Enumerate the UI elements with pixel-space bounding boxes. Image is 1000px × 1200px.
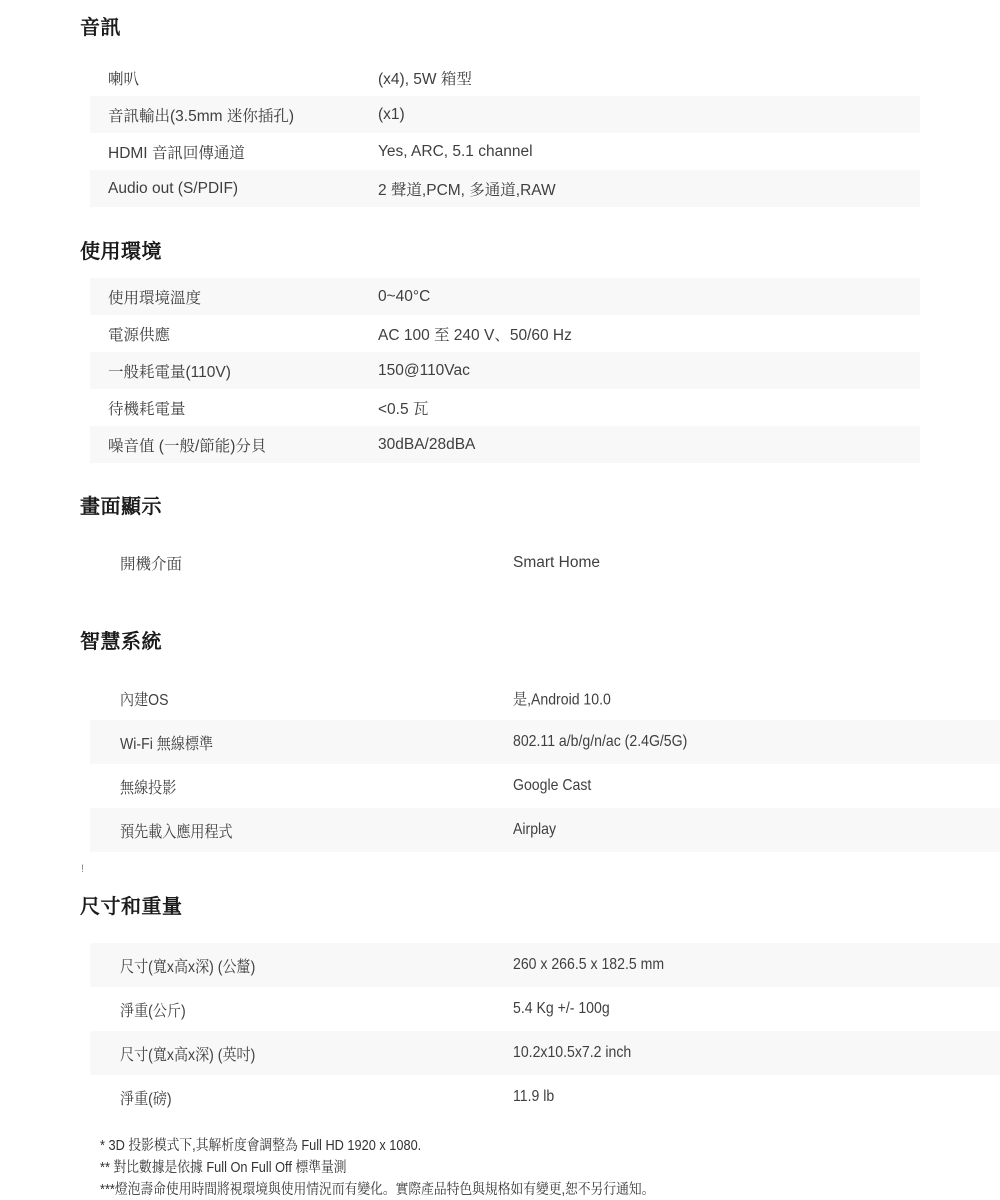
spec-label: 開機介面 bbox=[90, 552, 182, 574]
spec-table-audio: 喇叭 (x4), 5W 箱型 音訊輸出(3.5mm 迷你插孔) (x1) HDM… bbox=[90, 59, 920, 207]
spec-table-dimensions-weight: 尺寸(寬x高x深) (公釐) 260 x 266.5 x 182.5 mm 淨重… bbox=[90, 943, 1000, 1119]
spec-label: 電源供應 bbox=[90, 323, 170, 345]
spec-row: 噪音值 (一般/節能)分貝 30dBA/28dBA bbox=[90, 426, 920, 463]
spec-value: 0~40°C bbox=[378, 288, 430, 306]
spec-row: 預先載入應用程式 Airplay bbox=[90, 808, 1000, 852]
spec-row: 淨重(磅) 11.9 lb bbox=[90, 1075, 1000, 1119]
spec-label: 噪音值 (一般/節能)分貝 bbox=[90, 434, 266, 456]
spec-table-display: 開機介面 Smart Home bbox=[90, 541, 1000, 585]
spec-table-environment: 使用環境溫度 0~40°C 電源供應 AC 100 至 240 V、50/60 … bbox=[90, 278, 920, 463]
spec-value: <0.5 瓦 bbox=[378, 397, 428, 419]
spec-row: 待機耗電量 <0.5 瓦 bbox=[90, 389, 920, 426]
spec-label: Audio out (S/PDIF) bbox=[90, 180, 238, 198]
spec-value: 260 x 266.5 x 182.5 mm bbox=[513, 956, 664, 974]
spec-row: HDMI 音訊回傳通道 Yes, ARC, 5.1 channel bbox=[90, 133, 920, 170]
spec-row: 淨重(公斤) 5.4 Kg +/- 100g bbox=[90, 987, 1000, 1031]
spec-label: 待機耗電量 bbox=[90, 397, 186, 419]
spec-row: 喇叭 (x4), 5W 箱型 bbox=[90, 59, 920, 96]
footnote-text: * 3D 投影模式下,其解析度會調整為 Full HD 1920 x 1080. bbox=[100, 1135, 421, 1157]
spec-label: Wi-Fi 無線標準 bbox=[120, 731, 213, 754]
spec-label: 音訊輸出(3.5mm 迷你插孔) bbox=[90, 104, 294, 126]
spec-value: 30dBA/28dBA bbox=[378, 436, 475, 454]
spec-value: 11.9 lb bbox=[513, 1088, 554, 1106]
spec-value: Google Cast bbox=[513, 777, 591, 795]
section-title-environment: 使用環境 bbox=[80, 238, 162, 266]
spec-value: 10.2x10.5x7.2 inch bbox=[513, 1044, 631, 1062]
spec-row: 一般耗電量(110V) 150@110Vac bbox=[90, 352, 920, 389]
spec-label: 尺寸(寬x高x深) (英吋) bbox=[120, 1042, 255, 1065]
footnote-text: ** 對比數據是依據 Full On Full Off 標準量測 bbox=[100, 1157, 346, 1179]
spec-value: 是,Android 10.0 bbox=[513, 687, 611, 710]
spec-label: 淨重(磅) bbox=[120, 1086, 172, 1109]
spec-value: (x4), 5W 箱型 bbox=[378, 67, 472, 89]
spec-row: 尺寸(寬x高x深) (英吋) 10.2x10.5x7.2 inch bbox=[90, 1031, 1000, 1075]
spec-row: 尺寸(寬x高x深) (公釐) 260 x 266.5 x 182.5 mm bbox=[90, 943, 1000, 987]
spec-label: 喇叭 bbox=[90, 67, 139, 89]
section-title-display: 畫面顯示 bbox=[80, 493, 162, 521]
footnote-line: ***燈泡壽命使用時間將視環境與使用情況而有變化。實際產品特色與規格如有變更,恕… bbox=[100, 1179, 730, 1200]
spec-value: 2 聲道,PCM, 多通道,RAW bbox=[378, 178, 556, 200]
section-title-dimensions-weight: 尺寸和重量 bbox=[80, 893, 183, 921]
footnote-text: ***燈泡壽命使用時間將視環境與使用情況而有變化。實際產品特色與規格如有變更,恕… bbox=[100, 1179, 654, 1200]
spec-label: 淨重(公斤) bbox=[120, 998, 186, 1021]
spec-label: HDMI 音訊回傳通道 bbox=[90, 141, 245, 163]
spec-label: 無線投影 bbox=[120, 775, 176, 798]
spec-value: 802.11 a/b/g/n/ac (2.4G/5G) bbox=[513, 733, 687, 751]
spec-row: 音訊輸出(3.5mm 迷你插孔) (x1) bbox=[90, 96, 920, 133]
footnotes: * 3D 投影模式下,其解析度會調整為 Full HD 1920 x 1080.… bbox=[100, 1135, 730, 1200]
spec-value: Airplay bbox=[513, 821, 556, 839]
spec-label: 尺寸(寬x高x深) (公釐) bbox=[120, 954, 255, 977]
spec-page: 音訊 喇叭 (x4), 5W 箱型 音訊輸出(3.5mm 迷你插孔) (x1) … bbox=[0, 0, 1000, 1200]
spec-row: Audio out (S/PDIF) 2 聲道,PCM, 多通道,RAW bbox=[90, 170, 920, 207]
section-title-smart-system: 智慧系統 bbox=[80, 628, 162, 656]
spec-row: 電源供應 AC 100 至 240 V、50/60 Hz bbox=[90, 315, 920, 352]
spec-row: 無線投影 Google Cast bbox=[90, 764, 1000, 808]
footnote-line: ** 對比數據是依據 Full On Full Off 標準量測 bbox=[100, 1157, 730, 1179]
spec-value: AC 100 至 240 V、50/60 Hz bbox=[378, 323, 572, 345]
footnote-line: * 3D 投影模式下,其解析度會調整為 Full HD 1920 x 1080. bbox=[100, 1135, 730, 1157]
spec-row: 內建OS 是,Android 10.0 bbox=[90, 676, 1000, 720]
spec-value: Smart Home bbox=[513, 554, 600, 572]
spec-label: 預先載入應用程式 bbox=[120, 819, 233, 842]
spec-value: Yes, ARC, 5.1 channel bbox=[378, 143, 533, 161]
spec-label: 內建OS bbox=[120, 687, 169, 710]
spec-value: 150@110Vac bbox=[378, 362, 470, 380]
spec-row: Wi-Fi 無線標準 802.11 a/b/g/n/ac (2.4G/5G) bbox=[90, 720, 1000, 764]
section-title-audio: 音訊 bbox=[80, 14, 121, 42]
spec-label: 使用環境溫度 bbox=[90, 286, 201, 308]
spec-table-smart-system: 內建OS 是,Android 10.0 Wi-Fi 無線標準 802.11 a/… bbox=[90, 676, 1000, 852]
spec-row: 使用環境溫度 0~40°C bbox=[90, 278, 920, 315]
stray-mark: ! bbox=[81, 862, 84, 876]
spec-row: 開機介面 Smart Home bbox=[90, 541, 1000, 585]
spec-value: 5.4 Kg +/- 100g bbox=[513, 1000, 610, 1018]
spec-value: (x1) bbox=[378, 106, 405, 124]
spec-label: 一般耗電量(110V) bbox=[90, 360, 231, 382]
